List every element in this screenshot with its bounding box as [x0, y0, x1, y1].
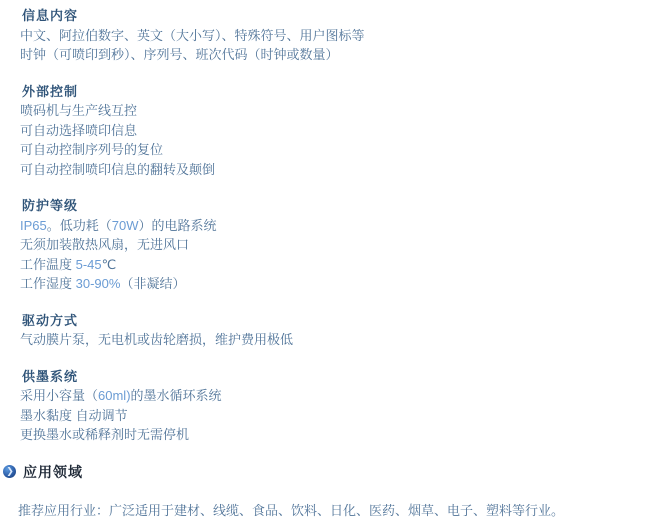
spec-text-segment: 可自动控制喷印信息的翻转及颠倒: [20, 162, 215, 177]
spec-line: 工作湿度 30-90%（非凝结）: [20, 274, 652, 294]
spec-text-segment: 70W: [112, 218, 139, 233]
spec-line: 可自动选择喷印信息: [20, 121, 652, 141]
spec-text-segment: 可自动选择喷印信息: [20, 123, 137, 138]
application-header: ❯ 应用领域: [3, 462, 652, 482]
section-title: 供墨系统: [22, 367, 652, 387]
spec-text-segment: 30-90%: [76, 276, 121, 291]
spec-text-segment: 采用小容量（: [20, 388, 98, 403]
spec-text-segment: 更换墨水或稀释剂时无需停机: [20, 427, 189, 442]
section-title: 防护等级: [22, 196, 652, 216]
spec-section-drive-method: 驱动方式 气动膜片泵，无电机或齿轮磨损，维护费用极低: [20, 311, 652, 350]
spec-text-segment: 5-45: [76, 257, 102, 272]
spec-text-segment: 工作温度: [20, 257, 76, 272]
spec-section-ink-supply: 供墨系统 采用小容量（60ml)的墨水循环系统 墨水黏度 自动调节 更换墨水或稀…: [20, 367, 652, 445]
spec-text-segment: 中文、阿拉伯数字、英文（大小写）、特殊符号、用户图标等: [20, 28, 365, 43]
spec-text-segment: 墨水黏度 自动调节: [20, 408, 128, 423]
spec-text-segment: 的墨水循环系统: [131, 388, 222, 403]
spec-line: 中文、阿拉伯数字、英文（大小写）、特殊符号、用户图标等: [20, 26, 652, 46]
section-title: 外部控制: [22, 82, 652, 102]
spec-section-protection-rating: 防护等级 IP65。低功耗（70W）的电路系统 无须加装散热风扇，无进风口 工作…: [20, 196, 652, 294]
spec-text-segment: 时钟（可喷印到秒）、序列号、班次代码（时钟或数量）: [20, 47, 339, 62]
spec-line: 气动膜片泵，无电机或齿轮磨损，维护费用极低: [20, 330, 652, 350]
section-title: 信息内容: [22, 6, 652, 26]
spec-text-segment: （非凝结）: [120, 276, 185, 291]
application-section: ❯ 应用领域 推荐应用行业：广泛适用于建材、线缆、食品、饮料、日化、医药、烟草、…: [0, 462, 652, 519]
spec-text-segment: ）的电路系统: [139, 218, 217, 233]
spec-text-segment: IP65: [20, 218, 47, 233]
spec-line: 更换墨水或稀释剂时无需停机: [20, 425, 652, 445]
spec-section-external-control: 外部控制 喷码机与生产线互控 可自动选择喷印信息 可自动控制序列号的复位 可自动…: [20, 82, 652, 180]
spec-line: 采用小容量（60ml)的墨水循环系统: [20, 386, 652, 406]
application-title: 应用领域: [23, 462, 83, 482]
spec-text-segment: 无须加装散热风扇，无进风口: [20, 237, 189, 252]
spec-section-info-content: 信息内容 中文、阿拉伯数字、英文（大小写）、特殊符号、用户图标等 时钟（可喷印到…: [20, 6, 652, 65]
spec-line: 可自动控制喷印信息的翻转及颠倒: [20, 160, 652, 180]
spec-line: 无须加装散热风扇，无进风口: [20, 235, 652, 255]
spec-line: IP65。低功耗（70W）的电路系统: [20, 216, 652, 236]
product-spec-page: 信息内容 中文、阿拉伯数字、英文（大小写）、特殊符号、用户图标等 时钟（可喷印到…: [0, 0, 652, 519]
spec-text-segment: 喷码机与生产线互控: [20, 103, 137, 118]
spec-text-segment: 。低功耗（: [47, 218, 112, 233]
spec-sections: 信息内容 中文、阿拉伯数字、英文（大小写）、特殊符号、用户图标等 时钟（可喷印到…: [0, 6, 652, 445]
chevron-glyph: ❯: [6, 465, 14, 478]
spec-line: 墨水黏度 自动调节: [20, 406, 652, 426]
spec-line: 可自动控制序列号的复位: [20, 140, 652, 160]
spec-line: 工作温度 5-45℃: [20, 255, 652, 275]
spec-text-segment: ℃: [102, 257, 117, 272]
chevron-right-icon: ❯: [3, 465, 16, 478]
spec-line: 喷码机与生产线互控: [20, 101, 652, 121]
spec-text-segment: 可自动控制序列号的复位: [20, 142, 163, 157]
spec-text-segment: 60ml): [98, 388, 131, 403]
spec-line: 时钟（可喷印到秒）、序列号、班次代码（时钟或数量）: [20, 45, 652, 65]
application-industries-text: 推荐应用行业：广泛适用于建材、线缆、食品、饮料、日化、医药、烟草、电子、塑料等行…: [3, 501, 652, 519]
section-title: 驱动方式: [22, 311, 652, 331]
spec-text-segment: 气动膜片泵，无电机或齿轮磨损，维护费用极低: [20, 332, 293, 347]
spec-text-segment: 工作湿度: [20, 276, 76, 291]
